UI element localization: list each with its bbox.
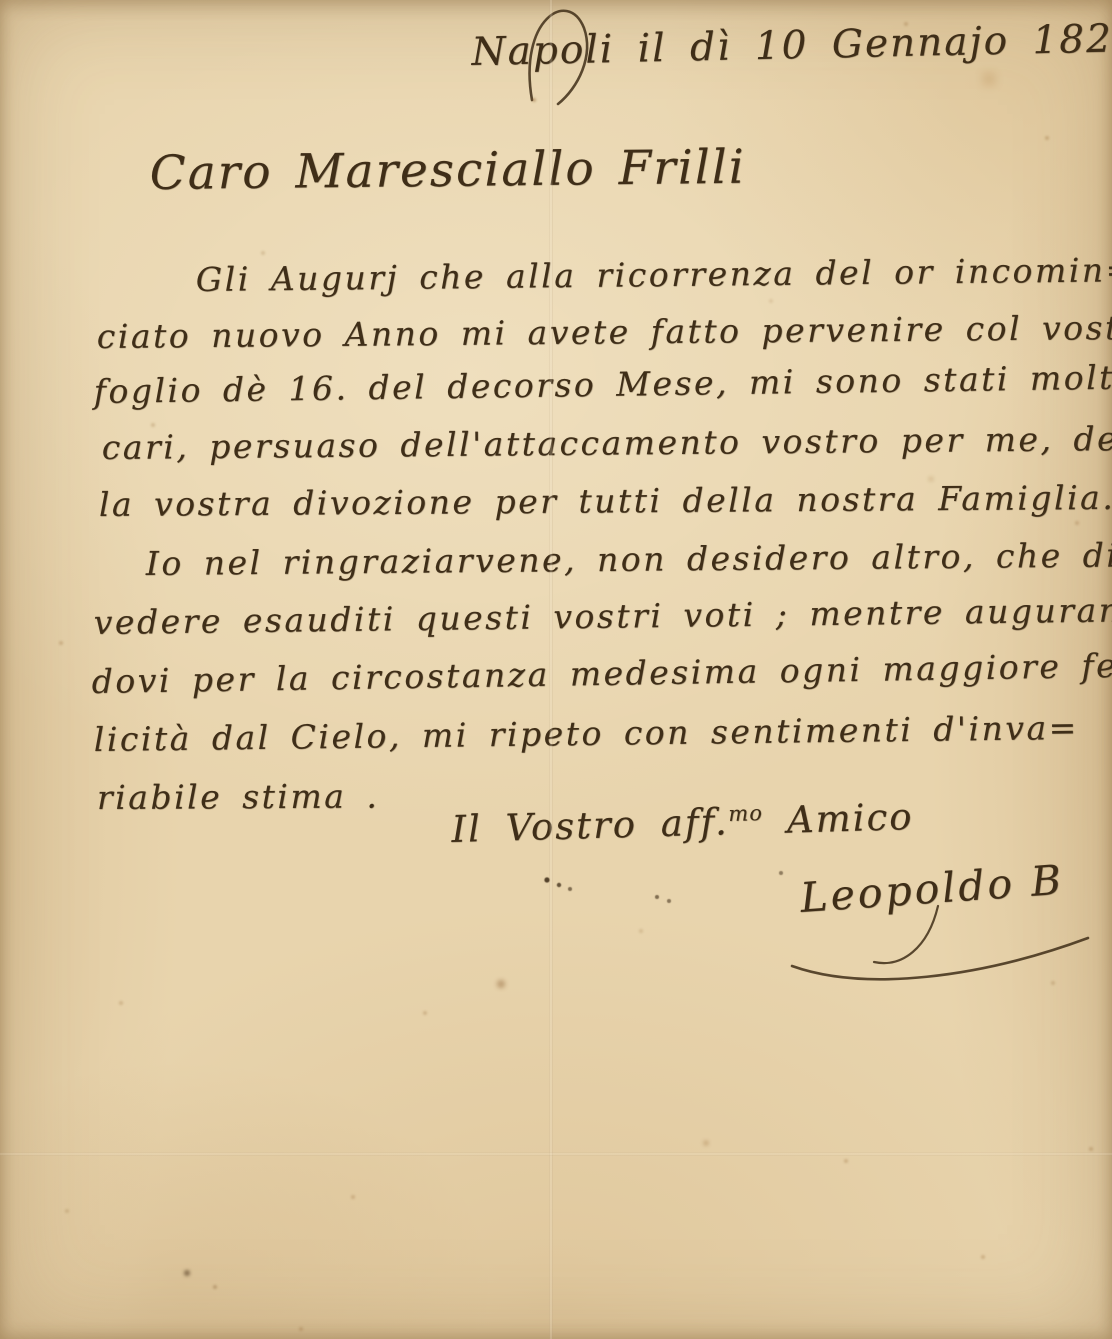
body-line-9: licità dal Cielo, mi ripeto con sentimen…: [94, 708, 1079, 759]
letter-page: Napoli il dì 10 Gennajo 1827. Caro Mares…: [0, 0, 1112, 1339]
ink-spatter-dots: [0, 0, 2, 2]
body-line-7: vedere esauditi questi vostri voti ; men…: [94, 590, 1112, 642]
body-line-6: Io nel ringraziarvene, non desidero altr…: [146, 536, 1112, 583]
body-line-2: ciato nuovo Anno mi avete fatto pervenir…: [97, 308, 1112, 356]
body-line-4: cari, persuaso dell'attaccamento vostro …: [102, 419, 1112, 467]
foxing-spots: [0, 0, 2, 2]
fold-crease-horizontal: [0, 1152, 1112, 1156]
closing-text-end: Amico: [763, 795, 915, 842]
salutation: Caro Maresciallo Frilli: [149, 140, 746, 201]
closing-text: Il Vostro aff.: [451, 800, 729, 851]
closing: Il Vostro aff.mo Amico: [451, 795, 914, 851]
body-line-10: riabile stima .: [97, 777, 380, 817]
body-line-8: dovi per la circostanza medesima ogni ma…: [91, 645, 1112, 701]
body-line-3: foglio dè 16. del decorso Mese, mi sono …: [93, 357, 1112, 411]
body-line-5: la vostra divozione per tutti della nost…: [99, 478, 1112, 524]
signature: Leopoldo B: [799, 856, 1066, 922]
dateline: Napoli il dì 10 Gennajo 1827.: [471, 16, 1112, 75]
body-line-1: Gli Augurj che alla ricorrenza del or in…: [196, 250, 1112, 299]
closing-abbreviation-superscript: mo: [728, 801, 763, 826]
